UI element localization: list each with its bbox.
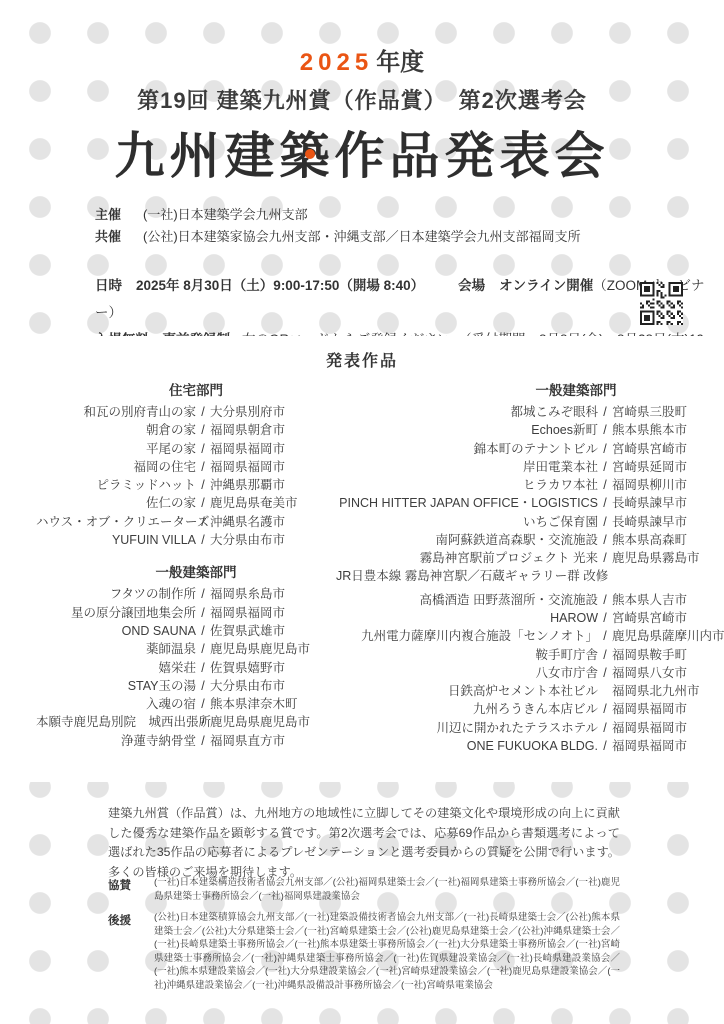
work-location: 鹿児島県薩摩川内市 <box>612 627 724 645</box>
work-row: Echoes新町/熊本県熊本市 <box>336 421 720 439</box>
datetime-label: 日時 <box>95 278 122 293</box>
works-panel: 発表作品 住宅部門和瓦の別府青山の家/大分県別府市朝倉の家/福岡県朝倉市平尾の家… <box>0 336 724 782</box>
work-row: 都城こみぞ眼科/宮崎県三股町 <box>336 403 720 421</box>
works-group: 一般建築部門フタツの制作所/福岡県糸島市星の原分譲団地集会所/福岡県福岡市OND… <box>36 564 356 750</box>
work-row: 佐仁の家/鹿児島県奄美市 <box>36 494 356 512</box>
work-separator: / <box>598 664 612 682</box>
work-location: 福岡県北九州市 <box>612 682 720 700</box>
work-name: 和瓦の別府青山の家 <box>36 403 196 421</box>
work-separator <box>598 682 612 700</box>
works-group-heading: 住宅部門 <box>36 382 356 400</box>
work-name: 霧島神宮駅前プロジェクト 光来 <box>336 549 598 567</box>
work-separator: / <box>196 677 210 695</box>
work-row: ピラミッドハット/沖縄県那覇市 <box>36 476 356 494</box>
work-separator: / <box>598 737 612 755</box>
work-separator: / <box>598 421 612 439</box>
work-name: PINCH HITTER JAPAN OFFICE・LOGISTICS <box>336 494 598 512</box>
work-separator: / <box>598 591 612 609</box>
work-row: 高橋酒造 田野蒸溜所・交流施設/熊本県人吉市 <box>336 591 720 609</box>
work-name: 平尾の家 <box>36 440 196 458</box>
work-row: HAROW/宮崎県宮崎市 <box>336 609 720 627</box>
work-name: 佐仁の家 <box>36 494 196 512</box>
work-location: 福岡県福岡市 <box>612 737 720 755</box>
work-name: STAY玉の湯 <box>36 677 196 695</box>
fiscal-year-suffix: 年度 <box>376 49 424 76</box>
work-location: 福岡県八女市 <box>612 664 720 682</box>
work-separator: / <box>598 646 612 664</box>
work-row: 嬉栄荘/佐賀県嬉野市 <box>36 659 356 677</box>
work-separator: / <box>196 622 210 640</box>
work-name: 浄蓮寺納骨堂 <box>36 732 196 750</box>
work-name: 八女市庁舎 <box>336 664 598 682</box>
work-separator: / <box>196 713 210 731</box>
work-row: ONE FUKUOKA BLDG./福岡県福岡市 <box>336 737 720 755</box>
work-row: YUFUIN VILLA/大分県由布市 <box>36 531 356 549</box>
work-name: 嬉栄荘 <box>36 659 196 677</box>
work-name: ONE FUKUOKA BLDG. <box>336 737 598 755</box>
work-location: 宮崎県延岡市 <box>612 458 720 476</box>
work-separator: / <box>598 719 612 737</box>
work-location: 沖縄県名護市 <box>210 513 356 531</box>
co-organizer-line: 共催 (公社)日本建築家協会九州支部・沖縄支部／日本建築学会九州支部福岡支所 <box>95 226 581 248</box>
work-location: 福岡県鞍手町 <box>612 646 720 664</box>
award-description: 建築九州賞（作品賞）は、九州地方の地域性に立脚してその建築文化や環境形成の向上に… <box>108 804 620 882</box>
work-row: 九州ろうきん本店ビル/福岡県福岡市 <box>336 700 720 718</box>
sponsors-label: 協賛 <box>108 876 144 903</box>
work-name: 南阿蘇鉄道高森駅・交流施設 <box>336 531 598 549</box>
work-name: 都城こみぞ眼科 <box>336 403 598 421</box>
co-organizer-text: (公社)日本建築家協会九州支部・沖縄支部／日本建築学会九州支部福岡支所 <box>143 226 581 248</box>
support-text: (公社)日本建築積算協会九州支部／(一社)建築設備技術者協会九州支部／(一社)長… <box>154 911 620 992</box>
work-name: 福岡の住宅 <box>36 458 196 476</box>
work-separator: / <box>598 700 612 718</box>
work-row: 霧島神宮駅前プロジェクト 光来/鹿児島県霧島市 <box>336 549 720 567</box>
work-location: 鹿児島県奄美市 <box>210 494 356 512</box>
work-location: 宮崎県宮崎市 <box>612 609 720 627</box>
title-accent-dot <box>305 149 315 159</box>
works-group: 一般建築部門都城こみぞ眼科/宮崎県三股町Echoes新町/熊本県熊本市錦本町のテ… <box>336 382 720 755</box>
work-separator: / <box>598 440 612 458</box>
work-location: 鹿児島県霧島市 <box>612 549 720 567</box>
work-location: 福岡県柳川市 <box>612 476 720 494</box>
work-separator: / <box>196 513 210 531</box>
work-location: 熊本県高森町 <box>612 531 720 549</box>
work-location: 鹿児島県鹿児島市 <box>210 713 356 731</box>
work-separator: / <box>196 458 210 476</box>
qr-code <box>640 282 683 325</box>
work-separator: / <box>196 695 210 713</box>
work-row: 浄蓮寺納骨堂/福岡県直方市 <box>36 732 356 750</box>
work-separator: / <box>598 609 612 627</box>
work-row: 薬師温泉/鹿児島県鹿児島市 <box>36 640 356 658</box>
work-location: 大分県由布市 <box>210 531 356 549</box>
work-name: ピラミッドハット <box>36 476 196 494</box>
work-row: 平尾の家/福岡県福岡市 <box>36 440 356 458</box>
work-name: 鞍手町庁舎 <box>336 646 598 664</box>
work-location: 福岡県直方市 <box>210 732 356 750</box>
support-label: 後援 <box>108 911 144 992</box>
work-name: いちご保育園 <box>336 513 598 531</box>
work-row: 九州電力薩摩川内複合施設「センノオト」/鹿児島県薩摩川内市 <box>336 627 720 645</box>
work-name: ハウス・オブ・クリエーターズ <box>36 513 196 531</box>
organizer-line: 主催 (一社)日本建築学会九州支部 <box>95 204 581 226</box>
work-row: STAY玉の湯/大分県由布市 <box>36 677 356 695</box>
work-name: YUFUIN VILLA <box>36 531 196 549</box>
datetime-value: 2025年 8月30日（土）9:00-17:50（開場 8:40） <box>136 278 424 293</box>
work-row: いちご保育園/長崎県諫早市 <box>336 513 720 531</box>
work-location: 佐賀県武雄市 <box>210 622 356 640</box>
work-name: 岸田電業本社 <box>336 458 598 476</box>
organizer-credits: 主催 (一社)日本建築学会九州支部 共催 (公社)日本建築家協会九州支部・沖縄支… <box>95 204 581 248</box>
fiscal-year-number: 2025 <box>300 49 373 76</box>
work-separator: / <box>196 585 210 603</box>
event-subtitle: 第19回 建築九州賞（作品賞） 第2次選考会 <box>0 84 724 115</box>
work-separator: / <box>196 640 210 658</box>
work-separator: / <box>196 403 210 421</box>
work-separator: / <box>598 476 612 494</box>
support-block: 後援 (公社)日本建築積算協会九州支部／(一社)建築設備技術者協会九州支部／(一… <box>108 911 620 992</box>
work-row: 日鉄高炉セメント本社ビル福岡県北九州市 <box>336 682 720 700</box>
work-name: 入魂の宿 <box>36 695 196 713</box>
work-separator: / <box>196 476 210 494</box>
work-name: 朝倉の家 <box>36 421 196 439</box>
work-location: 福岡県福岡市 <box>612 719 720 737</box>
work-name: 星の原分譲団地集会所 <box>36 604 196 622</box>
work-location: 大分県由布市 <box>210 677 356 695</box>
works-group-heading: 一般建築部門 <box>384 382 724 400</box>
work-separator: / <box>598 494 612 512</box>
work-name: OND SAUNA <box>36 622 196 640</box>
work-name: ヒラカワ本社 <box>336 476 598 494</box>
work-name: 日鉄高炉セメント本社ビル <box>336 682 598 700</box>
work-location: 宮崎県宮崎市 <box>612 440 720 458</box>
fiscal-year: 2025年度 <box>0 42 724 77</box>
work-row: 八女市庁舎/福岡県八女市 <box>336 664 720 682</box>
work-row: 南阿蘇鉄道高森駅・交流施設/熊本県高森町 <box>336 531 720 549</box>
work-separator: / <box>196 732 210 750</box>
work-location: 長崎県諫早市 <box>612 513 720 531</box>
work-location: 福岡県朝倉市 <box>210 421 356 439</box>
work-separator: / <box>196 531 210 549</box>
work-separator: / <box>598 458 612 476</box>
work-row: 星の原分譲団地集会所/福岡県福岡市 <box>36 604 356 622</box>
work-name: 九州電力薩摩川内複合施設「センノオト」 <box>336 627 598 645</box>
work-name: 薬師温泉 <box>36 640 196 658</box>
venue-value: オンライン開催 <box>499 278 593 293</box>
work-name: HAROW <box>336 609 598 627</box>
work-separator: / <box>598 513 612 531</box>
work-name: フタツの制作所 <box>36 585 196 603</box>
work-location: 熊本県津奈木町 <box>210 695 356 713</box>
work-separator: / <box>196 604 210 622</box>
work-name: Echoes新町 <box>336 421 598 439</box>
work-name: 本願寺鹿児島別院 城西出張所 <box>36 713 196 731</box>
work-separator: / <box>196 421 210 439</box>
work-row: ハウス・オブ・クリエーターズ/沖縄県名護市 <box>36 513 356 531</box>
work-sub-line: JR日豊本線 霧島神宮駅／石蔵ギャラリー群 改修 <box>336 568 720 584</box>
works-group-heading: 一般建築部門 <box>36 564 356 582</box>
work-separator: / <box>196 440 210 458</box>
work-location: 沖縄県那覇市 <box>210 476 356 494</box>
work-row: 入魂の宿/熊本県津奈木町 <box>36 695 356 713</box>
work-location: 福岡県福岡市 <box>210 440 356 458</box>
work-separator: / <box>196 494 210 512</box>
event-datetime-line: 日時2025年 8月30日（土）9:00-17:50（開場 8:40）会場オンラ… <box>95 272 724 326</box>
works-section-title: 発表作品 <box>0 348 724 371</box>
venue-label: 会場 <box>458 278 485 293</box>
work-row: 川辺に開かれたテラスホテル/福岡県福岡市 <box>336 719 720 737</box>
sponsors-block: 協賛 (一社)日本建築構造技術者協会九州支部／(公社)福岡県建築士会／(一社)福… <box>108 876 620 903</box>
poster-page: 2025年度 第19回 建築九州賞（作品賞） 第2次選考会 九州建築作品発表会 … <box>0 0 724 1024</box>
work-location: 福岡県福岡市 <box>210 604 356 622</box>
work-separator: / <box>598 531 612 549</box>
work-separator: / <box>598 549 612 567</box>
work-location: 熊本県人吉市 <box>612 591 720 609</box>
works-group: 住宅部門和瓦の別府青山の家/大分県別府市朝倉の家/福岡県朝倉市平尾の家/福岡県福… <box>36 382 356 549</box>
work-name: 九州ろうきん本店ビル <box>336 700 598 718</box>
work-row: 錦本町のテナントビル/宮崎県宮崎市 <box>336 440 720 458</box>
work-row: ヒラカワ本社/福岡県柳川市 <box>336 476 720 494</box>
work-separator: / <box>196 659 210 677</box>
work-name: 川辺に開かれたテラスホテル <box>336 719 598 737</box>
co-organizer-label: 共催 <box>95 226 127 248</box>
works-column-left: 住宅部門和瓦の別府青山の家/大分県別府市朝倉の家/福岡県朝倉市平尾の家/福岡県福… <box>36 382 356 750</box>
work-row: 本願寺鹿児島別院 城西出張所/鹿児島県鹿児島市 <box>36 713 356 731</box>
work-location: 長崎県諫早市 <box>612 494 720 512</box>
work-location: 福岡県糸島市 <box>210 585 356 603</box>
works-column-right: 一般建築部門都城こみぞ眼科/宮崎県三股町Echoes新町/熊本県熊本市錦本町のテ… <box>336 382 720 755</box>
work-location: 佐賀県嬉野市 <box>210 659 356 677</box>
organizer-label: 主催 <box>95 204 127 226</box>
work-name: 錦本町のテナントビル <box>336 440 598 458</box>
work-separator: / <box>598 627 612 645</box>
work-name: 高橋酒造 田野蒸溜所・交流施設 <box>336 591 598 609</box>
sponsors-text: (一社)日本建築構造技術者協会九州支部／(公社)福岡県建築士会／(一社)福岡県建… <box>154 876 620 903</box>
organizer-text: (一社)日本建築学会九州支部 <box>143 204 581 226</box>
work-row: 鞍手町庁舎/福岡県鞍手町 <box>336 646 720 664</box>
work-separator: / <box>598 403 612 421</box>
work-location: 鹿児島県鹿児島市 <box>210 640 356 658</box>
work-location: 福岡県福岡市 <box>210 458 356 476</box>
work-location: 福岡県福岡市 <box>612 700 720 718</box>
work-row: フタツの制作所/福岡県糸島市 <box>36 585 356 603</box>
work-row: OND SAUNA/佐賀県武雄市 <box>36 622 356 640</box>
work-row: 朝倉の家/福岡県朝倉市 <box>36 421 356 439</box>
work-row: 和瓦の別府青山の家/大分県別府市 <box>36 403 356 421</box>
work-location: 宮崎県三股町 <box>612 403 720 421</box>
work-location: 熊本県熊本市 <box>612 421 720 439</box>
page-title: 九州建築作品発表会 <box>0 116 724 188</box>
work-row: 福岡の住宅/福岡県福岡市 <box>36 458 356 476</box>
work-location: 大分県別府市 <box>210 403 356 421</box>
work-row: 岸田電業本社/宮崎県延岡市 <box>336 458 720 476</box>
work-row: PINCH HITTER JAPAN OFFICE・LOGISTICS/長崎県諫… <box>336 494 720 512</box>
